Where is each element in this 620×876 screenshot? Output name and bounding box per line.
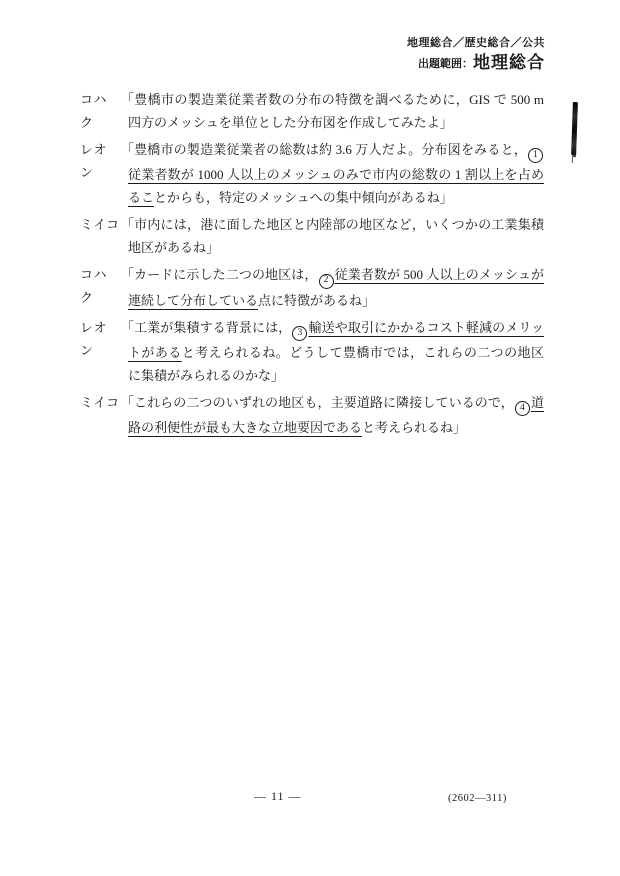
dialogue: コハク 「豊橋市の製造業従業者数の分布の特徴を調べるために，GIS で 500 …	[80, 88, 550, 443]
dialogue-utterance: ミイコ 「市内には，港に面した地区と内陸部の地区など，いくつかの工業集積地区があ…	[80, 213, 550, 259]
text-segment: と考えられるね。どうして豊橋市では，これらの二つの地区に集積がみられるのかな」	[128, 345, 544, 383]
circled-number-4: 4	[515, 401, 530, 416]
speaker-name: コハク	[80, 88, 120, 134]
text-segment: 「豊橋市の製造業従業者数の分布の特徴を調べるために，GIS で 500 m 四方…	[121, 92, 544, 130]
page-header: 地理総合／歴史総合／公共 出題範囲：地理総合	[407, 36, 545, 73]
utterance-text: 「豊橋市の製造業従業者の総数は約 3.6 万人だよ。分布図をみると，1従業者数が…	[128, 138, 544, 209]
header-subjects: 地理総合／歴史総合／公共	[407, 36, 545, 50]
dialogue-utterance: レオン 「豊橋市の製造業従業者の総数は約 3.6 万人だよ。分布図をみると，1従…	[80, 138, 550, 209]
circled-number-1: 1	[528, 148, 543, 163]
utterance-text: 「工業が集積する背景には，3輸送や取引にかかるコスト軽減のメリットがあると考えら…	[128, 316, 544, 387]
utterance-text: 「豊橋市の製造業従業者数の分布の特徴を調べるために，GIS で 500 m 四方…	[128, 88, 544, 134]
text-segment: とからも，特定のメッシュへの集中傾向があるね」	[154, 190, 453, 205]
exam-range-value: 地理総合	[473, 53, 545, 72]
circled-number-3: 3	[292, 326, 307, 341]
text-segment: 「豊橋市の製造業従業者の総数は約 3.6 万人だよ。分布図をみると，	[121, 142, 527, 157]
scan-artifact-mark	[571, 102, 578, 155]
dialogue-utterance: レオン 「工業が集積する背景には，3輸送や取引にかかるコスト軽減のメリットがある…	[80, 316, 550, 387]
circled-number-2: 2	[319, 274, 334, 289]
footer-doc-code: (2602—311)	[448, 793, 507, 804]
text-segment: 「工業が集積する背景には，	[121, 320, 292, 335]
text-segment: 「これらの二つのいずれの地区も，主要道路に隣接しているので，	[121, 395, 514, 410]
text-segment: 「市内には，港に面した地区と内陸部の地区など，いくつかの工業集積地区があるね」	[121, 217, 544, 255]
text-segment: 「カードに示した二つの地区は，	[121, 267, 318, 282]
utterance-text: 「これらの二つのいずれの地区も，主要道路に隣接しているので，4道路の利便性が最も…	[128, 391, 544, 439]
exam-range-label: 出題範囲：	[418, 58, 473, 70]
text-segment: 点に特徴があるね」	[258, 293, 375, 308]
utterance-text: 「カードに示した二つの地区は，2従業者数が 500 人以上のメッシュが連続して分…	[128, 263, 544, 311]
speaker-name: ミイコ	[80, 391, 120, 439]
speaker-name: ミイコ	[80, 213, 120, 259]
text-segment: と考えられるね」	[362, 420, 466, 435]
footer-page-number: — 11 —	[254, 789, 302, 804]
speaker-name: コハク	[80, 263, 120, 311]
dialogue-utterance: ミイコ 「これらの二つのいずれの地区も，主要道路に隣接しているので，4道路の利便…	[80, 391, 550, 439]
dialogue-utterance: コハク 「カードに示した二つの地区は，2従業者数が 500 人以上のメッシュが連…	[80, 263, 550, 311]
document-page: 地理総合／歴史総合／公共 出題範囲：地理総合 コハク 「豊橋市の製造業従業者数の…	[0, 0, 620, 876]
utterance-text: 「市内には，港に面した地区と内陸部の地区など，いくつかの工業集積地区があるね」	[128, 213, 544, 259]
speaker-name: レオン	[80, 316, 120, 387]
speaker-name: レオン	[80, 138, 120, 209]
header-exam-range: 出題範囲：地理総合	[407, 54, 545, 73]
dialogue-utterance: コハク 「豊橋市の製造業従業者数の分布の特徴を調べるために，GIS で 500 …	[80, 88, 550, 134]
